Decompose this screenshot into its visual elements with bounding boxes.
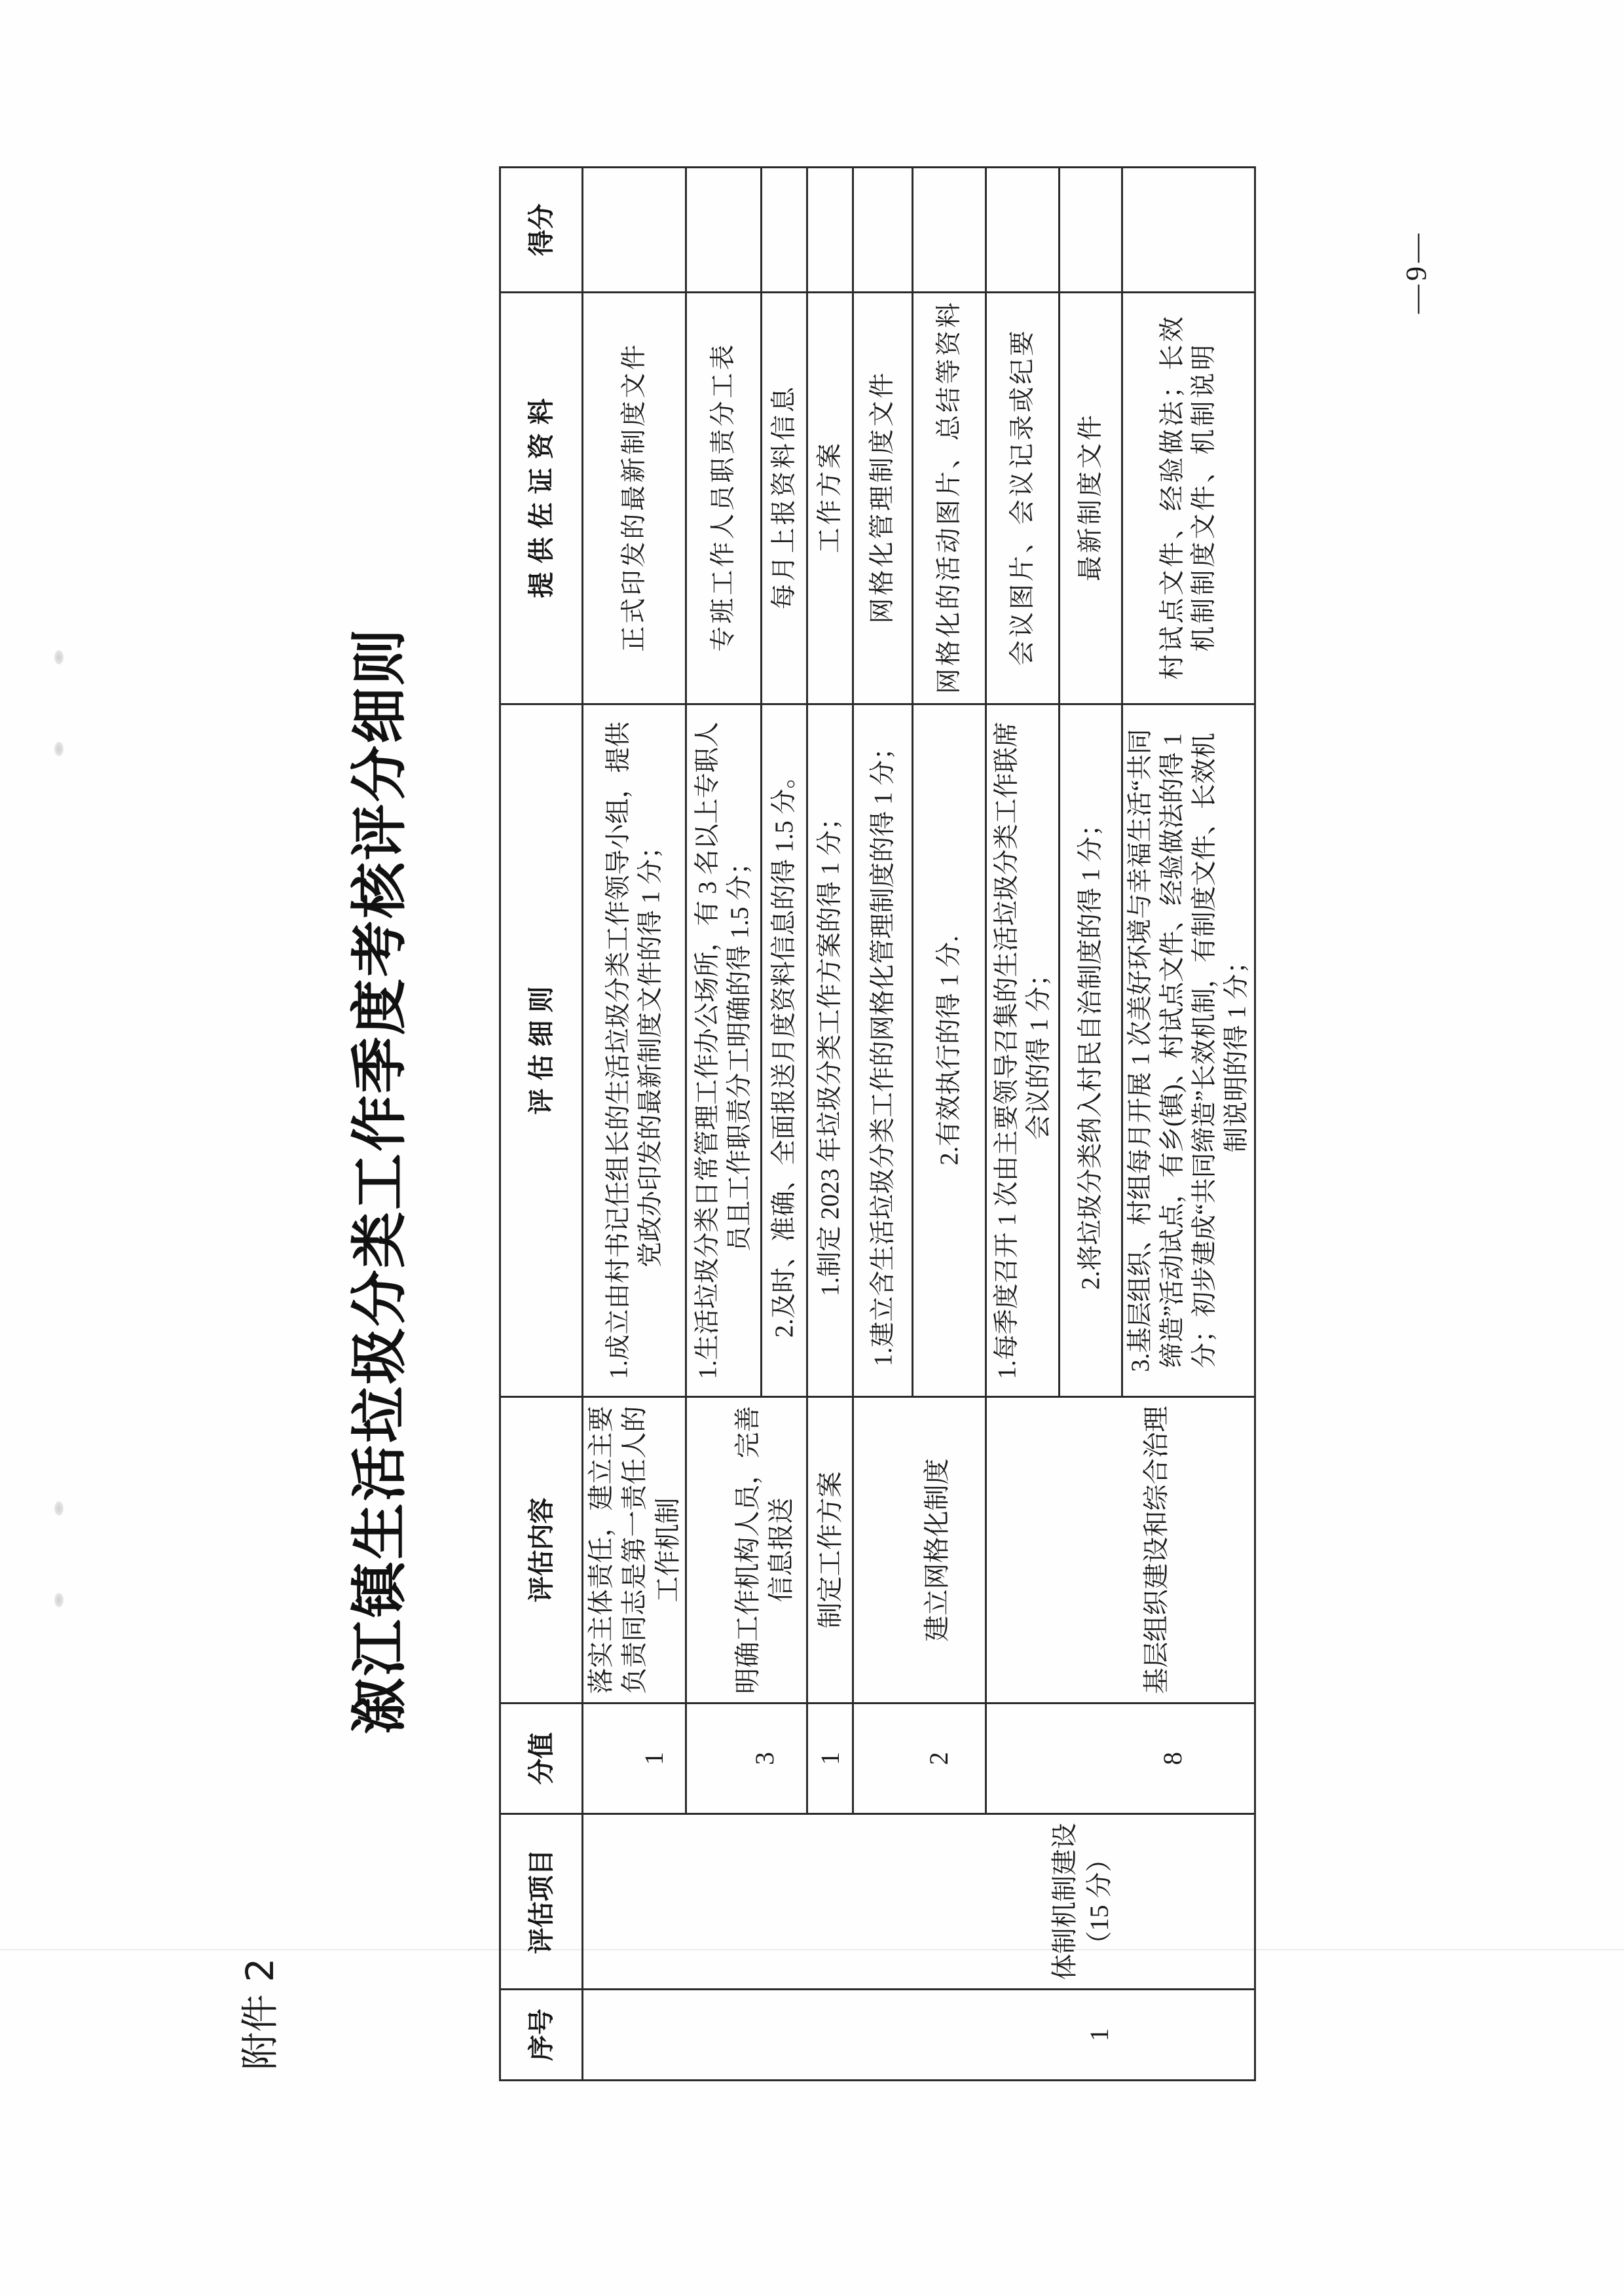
item-points: 1 <box>638 1752 670 1765</box>
header-evidence: 提供佐证资料 <box>501 291 583 703</box>
document-title: 溆江镇生活垃圾分类工作季度考核评分细则 <box>348 627 411 1734</box>
item-points-cell: 1 <box>808 1702 854 1813</box>
evidence-cell: 会议图片、会议记录或纪要 <box>987 291 1060 703</box>
evidence-text: 正式印发的最新制度文件 <box>619 342 650 655</box>
header-project: 评估项目 <box>501 1813 583 1988</box>
evidence-text: 会议图片、会议记录或纪要 <box>1007 328 1039 668</box>
binding-hole-mark <box>54 1501 64 1516</box>
score-cell <box>762 166 808 291</box>
criteria-text: 2.有效执行的得 1 分. <box>933 933 965 1168</box>
criteria-cell: 1.制定 2023 年垃圾分类工作方案的得 1 分； <box>808 703 854 1396</box>
page-number: —9— <box>1402 230 1431 314</box>
criteria-cell: 1.成立由村书记任组长的生活垃圾分类工作领导小组，提供 党政办印发的最新制度文件… <box>583 703 687 1396</box>
criteria-text: 1.建立含生活垃圾分类工作的网格化管理制度的得 1 分； <box>867 732 899 1369</box>
item-content: 明确工作机构人员，完善 信息报送 <box>731 1406 798 1694</box>
section-index: 1 <box>1084 2028 1115 2041</box>
header-content: 评估内容 <box>501 1396 583 1702</box>
item-content-cell: 建立网格化制度 <box>854 1396 987 1702</box>
header-points-label: 分值 <box>526 1732 557 1785</box>
header-evidence-label: 提供佐证资料 <box>526 390 557 607</box>
evidence-text: 村试点文件、经验做法；长效 机制制度文件、机制说明 <box>1157 314 1220 683</box>
item-content-cell: 基层组织建设和综合治理 <box>987 1396 1256 1702</box>
score-cell <box>1060 166 1123 291</box>
binding-hole-mark <box>54 742 64 756</box>
item-points-cell: 8 <box>987 1702 1256 1813</box>
evidence-text: 最新制度文件 <box>1075 412 1107 584</box>
score-cell <box>854 166 913 291</box>
criteria-cell: 2.有效执行的得 1 分. <box>913 703 987 1396</box>
header-index: 序号 <box>501 1988 583 2079</box>
item-points: 1 <box>815 1752 846 1765</box>
item-content: 制定工作方案 <box>813 1472 847 1629</box>
criteria-cell: 1.每季度召开 1 次由主要领导召集的生活垃圾分类工作联席 会议的得 1 分； <box>987 703 1060 1396</box>
item-points-cell: 2 <box>854 1702 987 1813</box>
score-cell <box>583 166 687 291</box>
header-criteria: 评估细则 <box>501 703 583 1396</box>
item-points: 3 <box>749 1752 781 1765</box>
item-content-cell: 明确工作机构人员，完善 信息报送 <box>687 1396 808 1702</box>
header-index-label: 序号 <box>526 2009 557 2061</box>
evidence-text: 专班工作人员职责分工表 <box>708 342 739 655</box>
criteria-cell: 2.及时、准确、全面报送月度资料信息的得 1.5 分。 <box>762 703 808 1396</box>
evidence-text: 工作方案 <box>815 441 846 556</box>
item-content: 落实主体责任，建立主要 负责同志是第一责任人的 工作机制 <box>584 1406 684 1694</box>
evidence-cell: 每月上报资料信息 <box>762 291 808 703</box>
evidence-cell: 网格化管理制度文件 <box>854 291 913 703</box>
score-cell <box>913 166 987 291</box>
attachment-label: 附件 2 <box>241 1958 279 2070</box>
criteria-text: 3.基层组织、村组每月开展 1 次美好环境与幸福生活“共同 缔造”活动试点，有乡… <box>1124 726 1253 1375</box>
item-content: 建立网格化制度 <box>920 1459 953 1642</box>
evidence-text: 网格化的活动图片、总结等资料 <box>934 300 965 697</box>
item-points-cell: 3 <box>687 1702 808 1813</box>
criteria-cell: 3.基层组织、村组每月开展 1 次美好环境与幸福生活“共同 缔造”活动试点，有乡… <box>1123 703 1256 1396</box>
evidence-cell: 工作方案 <box>808 291 854 703</box>
item-points: 2 <box>923 1752 955 1765</box>
evidence-cell: 正式印发的最新制度文件 <box>583 291 687 703</box>
evidence-cell: 专班工作人员职责分工表 <box>687 291 762 703</box>
header-content-label: 评估内容 <box>526 1498 557 1603</box>
item-points-cell: 1 <box>583 1702 687 1813</box>
criteria-cell: 1.建立含生活垃圾分类工作的网格化管理制度的得 1 分； <box>854 703 913 1396</box>
criteria-text: 1.每季度召开 1 次由主要领导召集的生活垃圾分类工作联席 会议的得 1 分； <box>991 719 1055 1381</box>
document-page: 附件 2 溆江镇生活垃圾分类工作季度考核评分细则 —9— 序号 评估项目 分值 … <box>0 0 1624 2296</box>
evidence-text: 网格化管理制度文件 <box>867 371 898 627</box>
header-score: 得分 <box>501 166 583 291</box>
criteria-cell: 2.将垃圾分类纳入村民自治制度的得 1 分； <box>1060 703 1123 1396</box>
header-criteria-label: 评估细则 <box>526 979 557 1123</box>
score-cell <box>808 166 854 291</box>
section-index-cell: 1 <box>583 1988 1256 2079</box>
section-project-cell: 体制机制建设 （15 分） <box>583 1813 1256 1988</box>
score-cell <box>1123 166 1256 291</box>
header-score-label: 得分 <box>526 204 557 256</box>
binding-hole-mark <box>54 650 64 665</box>
header-project-label: 评估项目 <box>526 1850 557 1954</box>
binding-hole-mark <box>54 1593 64 1607</box>
header-points: 分值 <box>501 1702 583 1813</box>
evidence-cell: 村试点文件、经验做法；长效 机制制度文件、机制说明 <box>1123 291 1256 703</box>
item-content: 基层组织建设和综合治理 <box>1139 1406 1173 1694</box>
score-cell <box>987 166 1060 291</box>
section-project: 体制机制建设 （15 分） <box>1047 1823 1116 1980</box>
criteria-text: 1.制定 2023 年垃圾分类工作方案的得 1 分； <box>814 802 846 1299</box>
evidence-text: 每月上报资料信息 <box>769 384 800 612</box>
item-content-cell: 落实主体责任，建立主要 负责同志是第一责任人的 工作机制 <box>583 1396 687 1702</box>
item-points: 8 <box>1157 1752 1189 1765</box>
criteria-text: 2.将垃圾分类纳入村民自治制度的得 1 分； <box>1075 809 1107 1292</box>
evidence-cell: 最新制度文件 <box>1060 291 1123 703</box>
evidence-cell: 网格化的活动图片、总结等资料 <box>913 291 987 703</box>
score-cell <box>687 166 762 291</box>
item-content-cell: 制定工作方案 <box>808 1396 854 1702</box>
criteria-text: 1.生活垃圾分类日常管理工作办公场所，有 3 名以上专职人 员且工作职责分工明确… <box>692 719 756 1381</box>
criteria-cell: 1.生活垃圾分类日常管理工作办公场所，有 3 名以上专职人 员且工作职责分工明确… <box>687 703 762 1396</box>
criteria-text: 2.及时、准确、全面报送月度资料信息的得 1.5 分。 <box>768 761 800 1341</box>
criteria-text: 1.成立由村书记任组长的生活垃圾分类工作领导小组，提供 党政办印发的最新制度文件… <box>602 719 667 1381</box>
assessment-table: 序号 评估项目 分值 评估内容 评估细则 提供佐证资料 得分 1 体制机制建设 … <box>499 166 1256 2081</box>
